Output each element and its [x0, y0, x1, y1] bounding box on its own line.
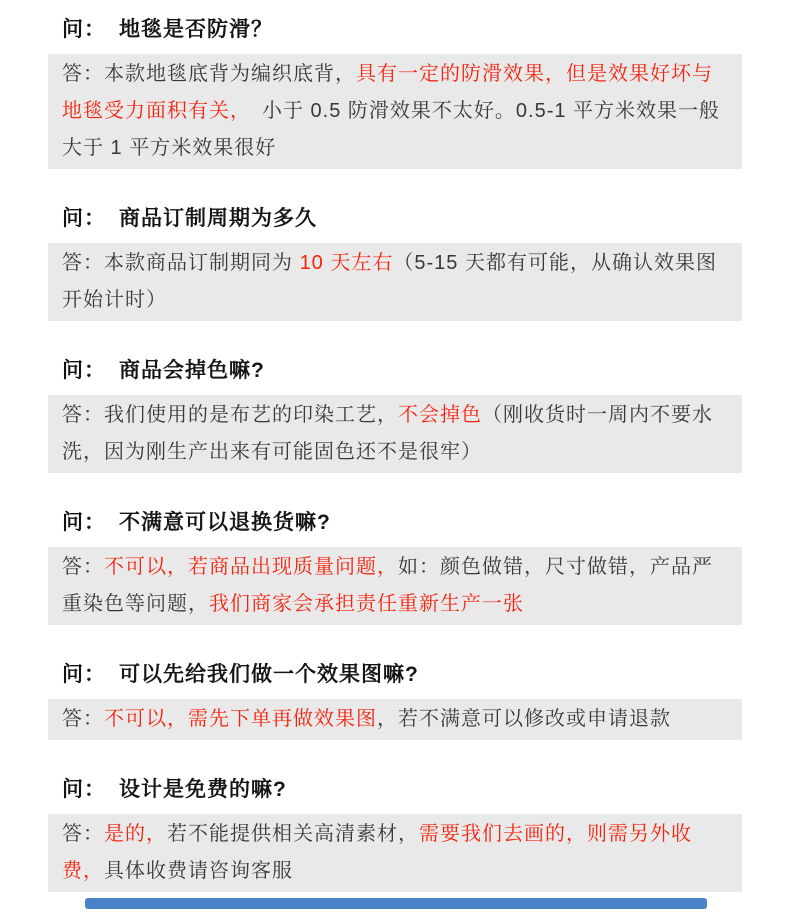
question-text: 设计是免费的嘛? [119, 778, 287, 801]
answer-text-segment: 本款地毯底背为编织底背， [104, 63, 356, 85]
answer-text: 本款地毯底背为编织底背，具有一定的防滑效果，但是效果好坏与地毯受力面积有关， 小… [62, 63, 720, 159]
question-row: 问：商品会掉色嘛? [62, 359, 742, 383]
qa-item-6: 问：设计是免费的嘛? 答：是的，若不能提供相关高清素材，需要我们去画的，则需另外… [0, 778, 790, 892]
answer-highlight-text: 不会掉色 [398, 404, 482, 426]
question-row: 问：商品订制周期为多久 [62, 207, 742, 231]
question-text: 不满意可以退换货嘛? [119, 511, 331, 534]
answer-text-segment: ，若不满意可以修改或申请退款 [377, 708, 671, 730]
answer-block: 答：不可以，需先下单再做效果图，若不满意可以修改或申请退款 [48, 699, 742, 740]
qa-item-5: 问：可以先给我们做一个效果图嘛? 答：不可以，需先下单再做效果图，若不满意可以修… [0, 663, 790, 740]
answer-block: 答：是的，若不能提供相关高清素材，需要我们去画的，则需另外收费，具体收费请咨询客… [48, 814, 742, 892]
answer-highlight-text: 是的， [104, 823, 167, 845]
answer-prefix: 答： [62, 556, 104, 578]
qa-item-2: 问：商品订制周期为多久 答：本款商品订制期同为 10 天左右（5-15 天都有可… [0, 207, 790, 321]
faq-list: 问：地毯是否防滑？ 答：本款地毯底背为编织底背，具有一定的防滑效果，但是效果好坏… [0, 0, 790, 892]
footer-divider-bar [85, 898, 707, 909]
answer-text-segment: 若不能提供相关高清素材， [167, 823, 419, 845]
faq-page: 问：地毯是否防滑？ 答：本款地毯底背为编织底背，具有一定的防滑效果，但是效果好坏… [0, 0, 790, 892]
answer-block: 答：我们使用的是布艺的印染工艺，不会掉色（刚收货时一周内不要水洗，因为刚生产出来… [48, 395, 742, 473]
answer-highlight-text: 10 天左右 [300, 252, 394, 274]
answer-text-segment: 具体收费请咨询客服 [104, 860, 293, 882]
question-text: 商品会掉色嘛? [119, 359, 265, 382]
question-prefix: 问： [62, 207, 106, 230]
answer-highlight-text: 我们商家会承担责任重新生产一张 [209, 593, 524, 615]
answer-text-segment: 本款商品订制期同为 [104, 252, 300, 274]
answer-prefix: 答： [62, 252, 104, 274]
question-prefix: 问： [62, 359, 106, 382]
answer-text: 不可以，若商品出现质量问题，如：颜色做错，尺寸做错，产品严重染色等问题，我们商家… [62, 556, 713, 615]
question-prefix: 问： [62, 663, 106, 686]
question-prefix: 问： [62, 511, 106, 534]
answer-text: 是的，若不能提供相关高清素材，需要我们去画的，则需另外收费，具体收费请咨询客服 [62, 823, 692, 882]
answer-prefix: 答： [62, 708, 104, 730]
answer-text-segment: 我们使用的是布艺的印染工艺， [104, 404, 398, 426]
answer-text: 不可以，需先下单再做效果图，若不满意可以修改或申请退款 [104, 708, 671, 730]
question-text: 可以先给我们做一个效果图嘛? [119, 663, 419, 686]
answer-text: 我们使用的是布艺的印染工艺，不会掉色（刚收货时一周内不要水洗，因为刚生产出来有可… [62, 404, 713, 463]
question-row: 问：不满意可以退换货嘛? [62, 511, 742, 535]
qa-item-3: 问：商品会掉色嘛? 答：我们使用的是布艺的印染工艺，不会掉色（刚收货时一周内不要… [0, 359, 790, 473]
qa-item-4: 问：不满意可以退换货嘛? 答：不可以，若商品出现质量问题，如：颜色做错，尺寸做错… [0, 511, 790, 625]
answer-highlight-text: 不可以，需先下单再做效果图 [104, 708, 377, 730]
answer-highlight-text: 不可以，若商品出现质量问题， [104, 556, 398, 578]
answer-prefix: 答： [62, 823, 104, 845]
question-text: 商品订制周期为多久 [119, 207, 317, 230]
answer-block: 答：本款商品订制期同为 10 天左右（5-15 天都有可能，从确认效果图开始计时… [48, 243, 742, 321]
answer-text: 本款商品订制期同为 10 天左右（5-15 天都有可能，从确认效果图开始计时） [62, 252, 717, 311]
answer-block: 答：本款地毯底背为编织底背，具有一定的防滑效果，但是效果好坏与地毯受力面积有关，… [48, 54, 742, 169]
question-row: 问：地毯是否防滑？ [62, 18, 742, 42]
qa-item-1: 问：地毯是否防滑？ 答：本款地毯底背为编织底背，具有一定的防滑效果，但是效果好坏… [0, 18, 790, 169]
question-prefix: 问： [62, 18, 106, 41]
question-text: 地毯是否防滑？ [119, 18, 273, 41]
question-row: 问：可以先给我们做一个效果图嘛? [62, 663, 742, 687]
answer-prefix: 答： [62, 404, 104, 426]
answer-block: 答：不可以，若商品出现质量问题，如：颜色做错，尺寸做错，产品严重染色等问题，我们… [48, 547, 742, 625]
question-prefix: 问： [62, 778, 106, 801]
question-row: 问：设计是免费的嘛? [62, 778, 742, 802]
answer-prefix: 答： [62, 63, 104, 85]
